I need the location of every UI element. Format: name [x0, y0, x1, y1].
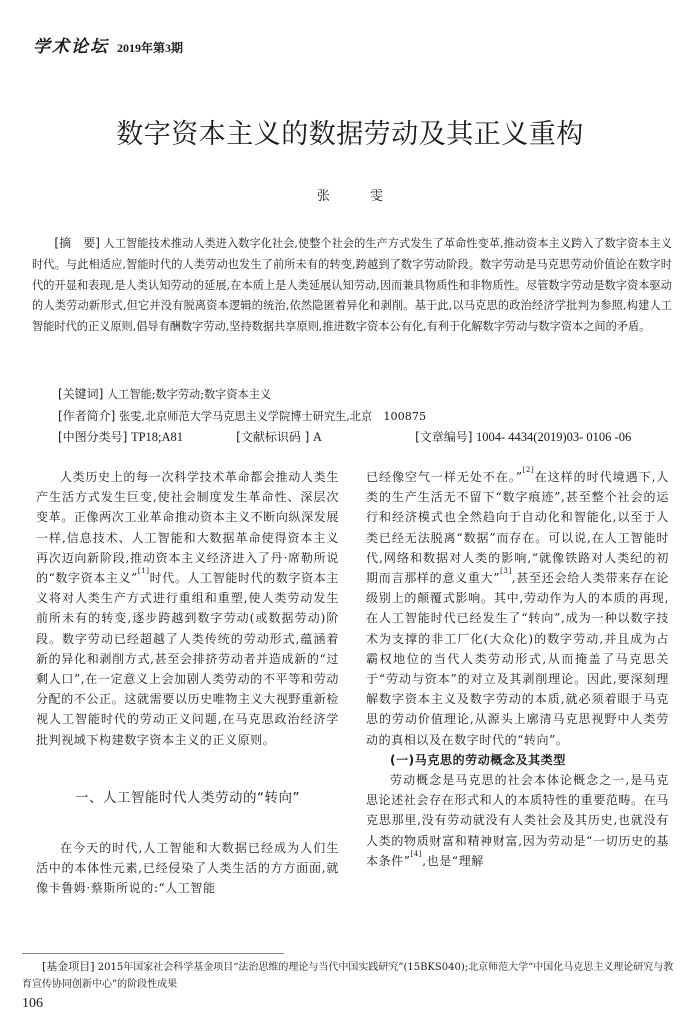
- citation-ref: [3]: [500, 567, 512, 575]
- footnote-divider: [22, 953, 284, 954]
- article-no-label: [文章编号]: [415, 430, 472, 444]
- classification-row: [中图分类号] TP18;A81 [文献标识码 ] A [文章编号] 1004-…: [32, 427, 672, 449]
- doc-code-value: A: [313, 430, 322, 444]
- issue-label: 2019年第3期: [117, 39, 183, 56]
- clc-value: TP18;A81: [131, 430, 183, 444]
- text-run: 已经像空气一样无处不在。”: [366, 470, 523, 484]
- paragraph: 人类历史上的每一次科学技术革命都会推动人类生产生活方式发生巨变,使社会制度发生革…: [36, 467, 339, 750]
- funding-text: 2015年国家社会科学基金项目“法治思维的理论与当代中国实践研究”(15BKS0…: [22, 962, 673, 990]
- text-run: ,也是“理解: [422, 854, 484, 868]
- author-info-label: [作者简介]: [58, 409, 115, 423]
- page-number: 106: [22, 996, 43, 1012]
- keywords-row: [关键词] 人工智能;数字劳动;数字资本主义: [32, 384, 672, 406]
- paragraph: 已经像空气一样无处不在。”[2]在这样的时代境遇下,人类的生产生活无不留下“数字…: [366, 467, 669, 750]
- author-info-value: 张雯,北京师范大学马克思主义学院博士研究生,北京 100875: [119, 410, 426, 423]
- funding-label: [基金项目]: [42, 960, 95, 973]
- clc-label: [中图分类号]: [58, 430, 127, 444]
- keywords-value: 人工智能;数字劳动;数字资本主义: [107, 388, 271, 401]
- abstract-label: [摘 要]: [54, 236, 100, 250]
- article-metadata: [关键词] 人工智能;数字劳动;数字资本主义 [作者简介] 张雯,北京师范大学马…: [32, 384, 672, 449]
- citation-ref: [2]: [523, 466, 535, 474]
- running-header: 学术论坛 2019年第3期: [33, 32, 183, 57]
- article-title: 数字资本主义的数据劳动及其正义重构: [0, 112, 700, 151]
- body-right-column: 已经像空气一样无处不在。”[2]在这样的时代境遇下,人类的生产生活无不留下“数字…: [366, 467, 669, 871]
- article-no-value: 1004- 4434(2019)03- 0106 -06: [476, 430, 631, 444]
- doc-code-label: [文献标识码 ]: [236, 430, 309, 444]
- journal-name: 学术论坛: [33, 32, 109, 57]
- text-run: 人类历史上的每一次科学技术革命都会推动人类生产生活方式发生巨变,使社会制度发生革…: [36, 470, 339, 585]
- paragraph: 在今天的时代,人工智能和大数据已经成为人们生活中的本体性元素,已经侵染了人类生活…: [36, 838, 339, 899]
- section-heading: 一、人工智能时代人类劳动的“转向”: [36, 788, 339, 808]
- subsection-heading: (一)马克思的劳动概念及其类型: [390, 750, 669, 770]
- body-left-column: 人类历史上的每一次科学技术革命都会推动人类生产生活方式发生巨变,使社会制度发生革…: [36, 467, 339, 899]
- citation-ref: [1]: [138, 567, 150, 575]
- abstract-text: 人工智能技术推动人类进入数字化社会,使整个社会的生产方式发生了革命性变革,推动资…: [32, 237, 672, 333]
- text-run: 在这样的时代境遇下,人类的生产生活无不留下“数字痕迹”,甚至整个社会的运行和经济…: [366, 470, 669, 585]
- paragraph: 劳动概念是马克思的社会本体论概念之一,是马克思论述社会存在形式和人的本质特性的重…: [366, 770, 669, 871]
- funding-footnote: [基金项目] 2015年国家社会科学基金项目“法治思维的理论与当代中国实践研究”…: [22, 958, 677, 993]
- text-run: 时代。人工智能时代的数字资本主义将对人类生产方式进行重组和重塑,使人类劳动发生前…: [36, 571, 339, 747]
- author-name: 张 雯: [0, 185, 700, 204]
- citation-ref: [4]: [411, 850, 423, 858]
- abstract-block: [摘 要] 人工智能技术推动人类进入数字化社会,使整个社会的生产方式发生了革命性…: [32, 233, 672, 338]
- author-info-row: [作者简介] 张雯,北京师范大学马克思主义学院博士研究生,北京 100875: [32, 406, 672, 428]
- keywords-label: [关键词]: [58, 387, 103, 401]
- text-run: ,甚至还会给人类带来存在论级别上的颠覆式影响。其中,劳动作为人的本质的再现,在人…: [366, 571, 669, 747]
